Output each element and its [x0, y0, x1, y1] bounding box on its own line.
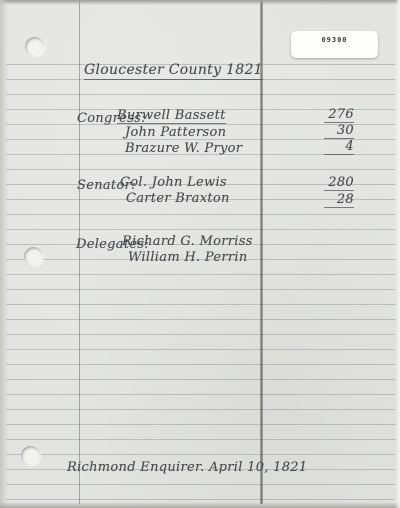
candidate-name: John Patterson — [125, 126, 226, 139]
candidate-name: Carter Braxton — [126, 192, 230, 205]
scan-edge-left — [0, 0, 8, 508]
scan-edge-top — [0, 0, 400, 5]
hole-punch — [21, 446, 40, 465]
hole-punch — [24, 247, 43, 266]
vote-count: 276 — [324, 108, 354, 123]
left-margin-rule — [79, 0, 80, 504]
candidate-name: William H. Perrin — [128, 251, 248, 264]
scanned-ledger-page: 09300 Gloucester County 1821 Congress: B… — [0, 0, 400, 508]
source-citation: Richmond Enquirer. April 10, 1821 — [67, 461, 307, 474]
vote-count: 4 — [324, 140, 354, 155]
page-title: Gloucester County 1821 — [84, 63, 263, 80]
vote-count: 30 — [324, 124, 354, 139]
scan-edge-right — [395, 0, 400, 508]
candidate-name: Col. John Lewis — [120, 176, 227, 189]
barcode-sticker: 09300 — [291, 31, 378, 58]
vote-count: 280 — [324, 176, 354, 191]
vote-count: 28 — [324, 193, 354, 208]
sticker-number: 09300 — [321, 36, 347, 44]
scan-edge-bottom — [0, 502, 400, 508]
candidate-name: Burwell Bassett — [117, 109, 226, 124]
candidate-name: Richard G. Morriss — [122, 235, 253, 248]
candidate-name: Brazure W. Pryor — [125, 142, 242, 155]
hole-punch — [25, 37, 44, 56]
